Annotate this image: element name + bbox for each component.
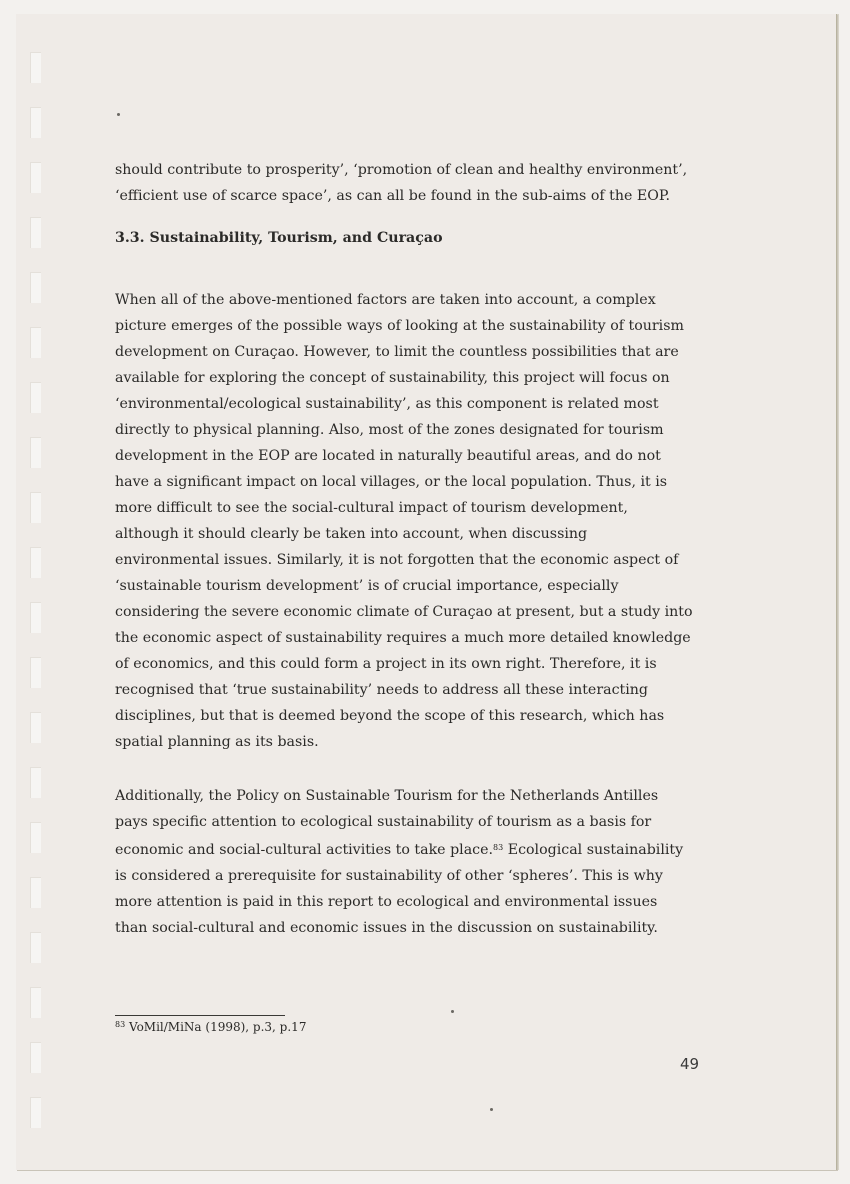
section-heading: 3.3. Sustainability, Tourism, and Curaça… bbox=[115, 230, 443, 246]
footnote-number: 83 bbox=[115, 1020, 125, 1029]
text-line: spatial planning as its basis. bbox=[115, 729, 715, 755]
binding-hole bbox=[30, 437, 41, 468]
text-line: considering the severe economic climate … bbox=[115, 599, 715, 625]
text-line: pays specific attention to ecological su… bbox=[115, 809, 715, 835]
text-line: Additionally, the Policy on Sustainable … bbox=[115, 783, 715, 809]
paper-speck bbox=[451, 1010, 454, 1013]
text-line: picture emerges of the possible ways of … bbox=[115, 313, 715, 339]
text-line: than social-cultural and economic issues… bbox=[115, 915, 715, 941]
text-line: the economic aspect of sustainability re… bbox=[115, 625, 715, 651]
text-line: of economics, and this could form a proj… bbox=[115, 651, 715, 677]
binding-hole bbox=[30, 767, 41, 798]
text-line: is considered a prerequisite for sustain… bbox=[115, 863, 715, 889]
intro-continuation: should contribute to prosperity’, ‘promo… bbox=[115, 157, 715, 209]
binding-hole bbox=[30, 217, 41, 248]
binding-hole bbox=[30, 822, 41, 853]
text-line: economic and social-cultural activities … bbox=[115, 835, 715, 863]
binding-hole bbox=[30, 547, 41, 578]
footnote: 83 VoMil/MiNa (1998), p.3, p.17 bbox=[115, 1020, 306, 1034]
text-line: development in the EOP are located in na… bbox=[115, 443, 715, 469]
paper-speck bbox=[490, 1108, 493, 1111]
paper-speck bbox=[117, 113, 120, 116]
binding-hole bbox=[30, 877, 41, 908]
text-line: available for exploring the concept of s… bbox=[115, 365, 715, 391]
binding-hole bbox=[30, 382, 41, 413]
footnote-divider bbox=[115, 1015, 285, 1016]
binding-hole bbox=[30, 162, 41, 193]
binding-hole bbox=[30, 327, 41, 358]
text-fragment: economic and social-cultural activities … bbox=[115, 842, 493, 858]
text-line: should contribute to prosperity’, ‘promo… bbox=[115, 157, 715, 183]
text-line: directly to physical planning. Also, mos… bbox=[115, 417, 715, 443]
text-line: recognised that ‘true sustainability’ ne… bbox=[115, 677, 715, 703]
binding-hole bbox=[30, 712, 41, 743]
binding-hole bbox=[30, 1042, 41, 1073]
text-line: more difficult to see the social-cultura… bbox=[115, 495, 715, 521]
text-line: ‘environmental/ecological sustainability… bbox=[115, 391, 715, 417]
binding-hole bbox=[30, 657, 41, 688]
paragraph-1: When all of the above-mentioned factors … bbox=[115, 287, 715, 755]
binding-hole bbox=[30, 932, 41, 963]
binding-hole bbox=[30, 492, 41, 523]
binding-hole bbox=[30, 272, 41, 303]
text-line: development on Curaçao. However, to limi… bbox=[115, 339, 715, 365]
binding-hole bbox=[30, 1097, 41, 1128]
text-line: have a significant impact on local villa… bbox=[115, 469, 715, 495]
text-line: environmental issues. Similarly, it is n… bbox=[115, 547, 715, 573]
binding-hole bbox=[30, 52, 41, 83]
paragraph-2: Additionally, the Policy on Sustainable … bbox=[115, 783, 715, 941]
footnote-text: VoMil/MiNa (1998), p.3, p.17 bbox=[125, 1020, 306, 1034]
text-line: more attention is paid in this report to… bbox=[115, 889, 715, 915]
text-line: disciplines, but that is deemed beyond t… bbox=[115, 703, 715, 729]
text-line: ‘sustainable tourism development’ is of … bbox=[115, 573, 715, 599]
page-number: 49 bbox=[680, 1055, 699, 1073]
text-line: When all of the above-mentioned factors … bbox=[115, 287, 715, 313]
binding-hole bbox=[30, 602, 41, 633]
binding-hole bbox=[30, 987, 41, 1018]
text-line: although it should clearly be taken into… bbox=[115, 521, 715, 547]
text-fragment: Ecological sustainability bbox=[503, 842, 683, 858]
footnote-reference[interactable]: 83 bbox=[493, 843, 503, 852]
text-line: ‘efficient use of scarce space’, as can … bbox=[115, 183, 715, 209]
binding-hole bbox=[30, 107, 41, 138]
